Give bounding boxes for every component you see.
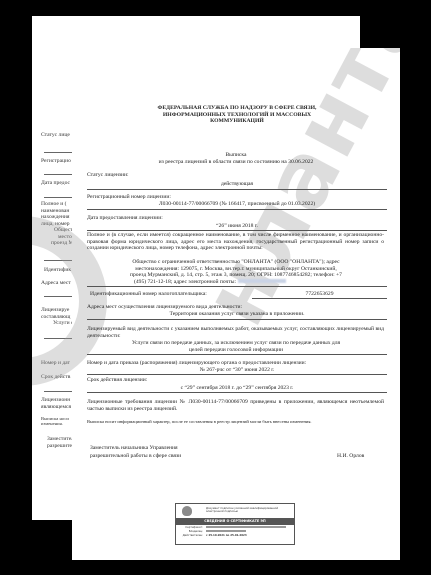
agency-header-line: ФЕДЕРАЛЬНАЯ СЛУЖБА ПО НАДЗОРУ В СФЕРЕ СВ…: [112, 105, 362, 111]
signatory-position-line: разрешительной работы в сфере связи: [90, 453, 181, 460]
coat-of-arms-icon: [182, 506, 192, 516]
license-extract-page: нланта ФЕДЕРАЛЬНАЯ СЛУЖБА ПО НАДЗОРУ В С…: [72, 48, 400, 560]
e-signature-stamp: Документ подписан усиленной квалифициров…: [175, 503, 295, 545]
activity-value-line: целей передачи голосовой информации: [84, 347, 388, 354]
stamp-title: СВЕДЕНИЯ О СЕРТИФИКАТЕ ЭП: [176, 518, 294, 525]
stamp-validity: с 25.10.2021 по 25.01.2023: [206, 534, 291, 538]
divider: [87, 354, 387, 355]
order-value: № 267-рчс от “30” июня 2022 г.: [87, 367, 387, 374]
divider: [87, 286, 387, 287]
status-value: действующая: [87, 181, 387, 188]
stamp-key: Действителен:: [179, 534, 206, 538]
full-name-label: Полное и (в случае, если имеется) сокращ…: [87, 232, 384, 252]
requirements-note: Лицензионные требования лицензии № Л030-…: [87, 399, 384, 412]
divider: [87, 374, 387, 375]
divider: [87, 392, 387, 393]
document-subtitle: из реестра лицензий в области связи по с…: [72, 159, 400, 166]
contact-text: (495) 721-12-18; адрес электронной почты…: [134, 279, 236, 285]
address-value: Территория оказания услуг связи указана …: [87, 311, 387, 318]
document-title: Выписка: [72, 152, 400, 159]
validity-label: Срок действия лицензии:: [87, 377, 147, 384]
divider: [252, 298, 387, 299]
agency-header-line: ИНФОРМАЦИОННЫХ ТЕХНОЛОГИЙ И МАССОВЫХ: [112, 112, 362, 118]
divider: [87, 319, 387, 320]
agency-header-line: КОММУНИКАЦИЙ: [112, 118, 362, 124]
activity-label: Лицензируемый вид деятельности с указани…: [87, 326, 384, 339]
divider: [87, 209, 387, 210]
divider: [87, 189, 387, 190]
stamp-note: Документ подписан усиленной квалифициров…: [206, 507, 290, 513]
validity-value: с “29” сентября 2018 г. до “29” сентября…: [87, 385, 387, 392]
redacted-owner: [206, 530, 246, 532]
address-label: Адреса мест осуществления лицензируемого…: [87, 304, 242, 311]
divider: [87, 230, 387, 231]
inn-label: Идентификационный номер налогоплательщик…: [90, 291, 207, 298]
issue-date-label: Дата предоставления лицензии:: [87, 215, 163, 222]
order-label: Номер и дата приказа (распоряжения) лице…: [87, 360, 306, 367]
issue-date-value: “26” июня 2018 г.: [87, 223, 387, 230]
status-label: Статус лицензии:: [87, 172, 129, 179]
info-note: Выписка носит информационный характер, п…: [87, 419, 384, 425]
redacted-email: [238, 279, 286, 283]
reg-number-value: Л030-00114-77/00066709 (№ 166417, присво…: [87, 201, 387, 208]
signatory-position-line: Заместитель начальника Управления: [90, 445, 178, 452]
full-name-value-line: (495) 721-12-18; адрес электронной почты…: [134, 279, 374, 286]
reg-number-label: Регистрационный номер лицензии:: [87, 194, 171, 201]
redacted-certificate: [206, 526, 286, 528]
inn-value: 7722653629: [252, 291, 387, 298]
activity-value-line: Услуги связи по передаче данных, за искл…: [84, 340, 388, 347]
signatory-name: Н.И. Орлов: [337, 453, 364, 460]
